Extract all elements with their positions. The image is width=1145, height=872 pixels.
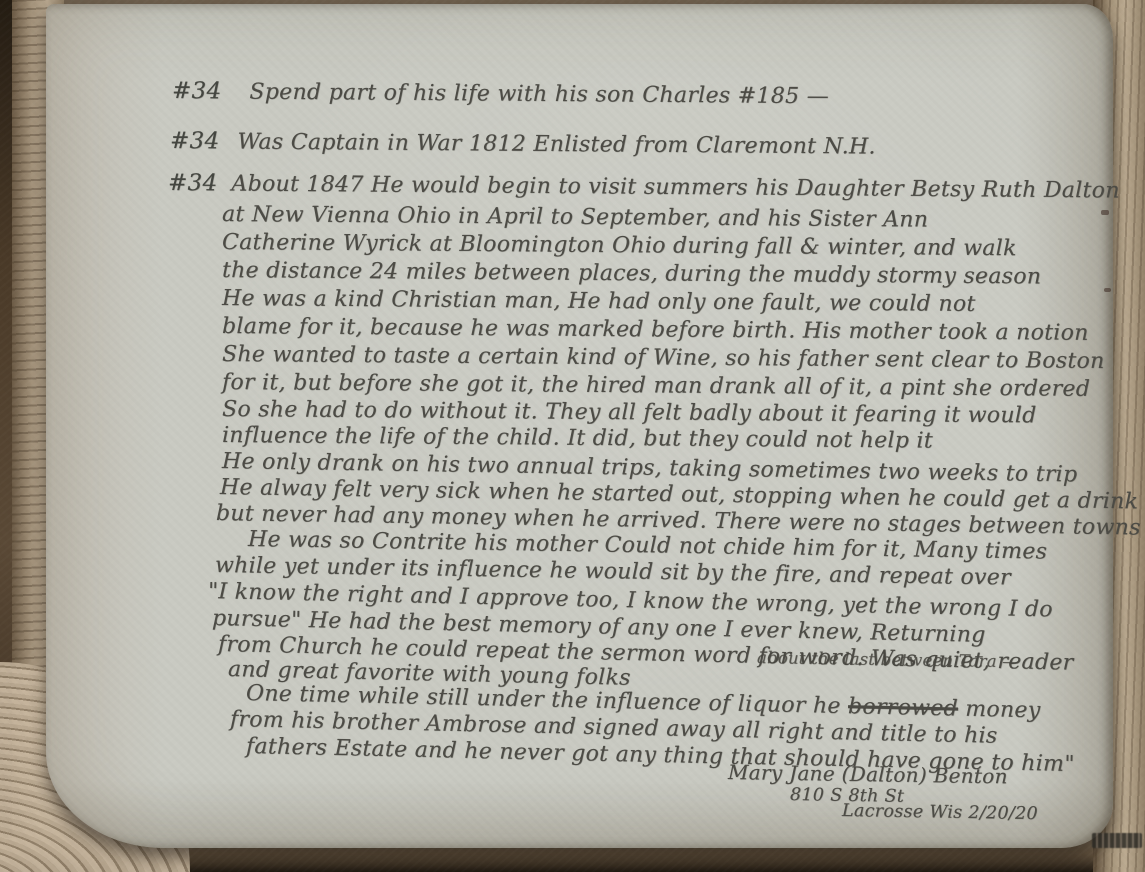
entry-text: About 1847 He would begin to visit summe… bbox=[231, 171, 1119, 203]
body-line: Catherine Wyrick at Bloomington Ohio dur… bbox=[222, 230, 1017, 261]
entry-line: #34About 1847 He would begin to visit su… bbox=[168, 170, 1120, 203]
entry-text: Was Captain in War 1812 Enlisted from Cl… bbox=[237, 130, 876, 160]
handwriting-layer: #34Spend part of his life with his son C… bbox=[0, 0, 1145, 872]
entry-text: Spend part of his life with his son Char… bbox=[249, 80, 829, 110]
entry-line: #34Spend part of his life with his son C… bbox=[172, 78, 829, 109]
book-photo: #34Spend part of his life with his son C… bbox=[0, 0, 1145, 872]
body-line: the distance 24 miles between places, du… bbox=[222, 258, 1042, 289]
body-line: He was a kind Christian man, He had only… bbox=[222, 286, 976, 317]
body-line: She wanted to taste a certain kind of Wi… bbox=[222, 342, 1105, 374]
signature-place-date: Lacrosse Wis 2/20/20 bbox=[842, 801, 1038, 824]
body-line: at New Vienna Ohio in April to September… bbox=[222, 202, 928, 233]
signature-name: Mary Jane (Dalton) Benton bbox=[728, 760, 1008, 788]
struck-word: borrowed bbox=[848, 694, 958, 721]
entry-line: #34Was Captain in War 1812 Enlisted from… bbox=[170, 128, 876, 160]
entry-number: #34 bbox=[170, 128, 220, 154]
body-line: blame for it, because he was marked befo… bbox=[222, 314, 1089, 346]
ink-smudge bbox=[1092, 833, 1142, 848]
entry-number: #34 bbox=[168, 170, 218, 196]
body-line: influence the life of the child. It did,… bbox=[222, 423, 933, 454]
struck-line-post: money bbox=[958, 697, 1041, 724]
entry-number: #34 bbox=[172, 78, 222, 104]
